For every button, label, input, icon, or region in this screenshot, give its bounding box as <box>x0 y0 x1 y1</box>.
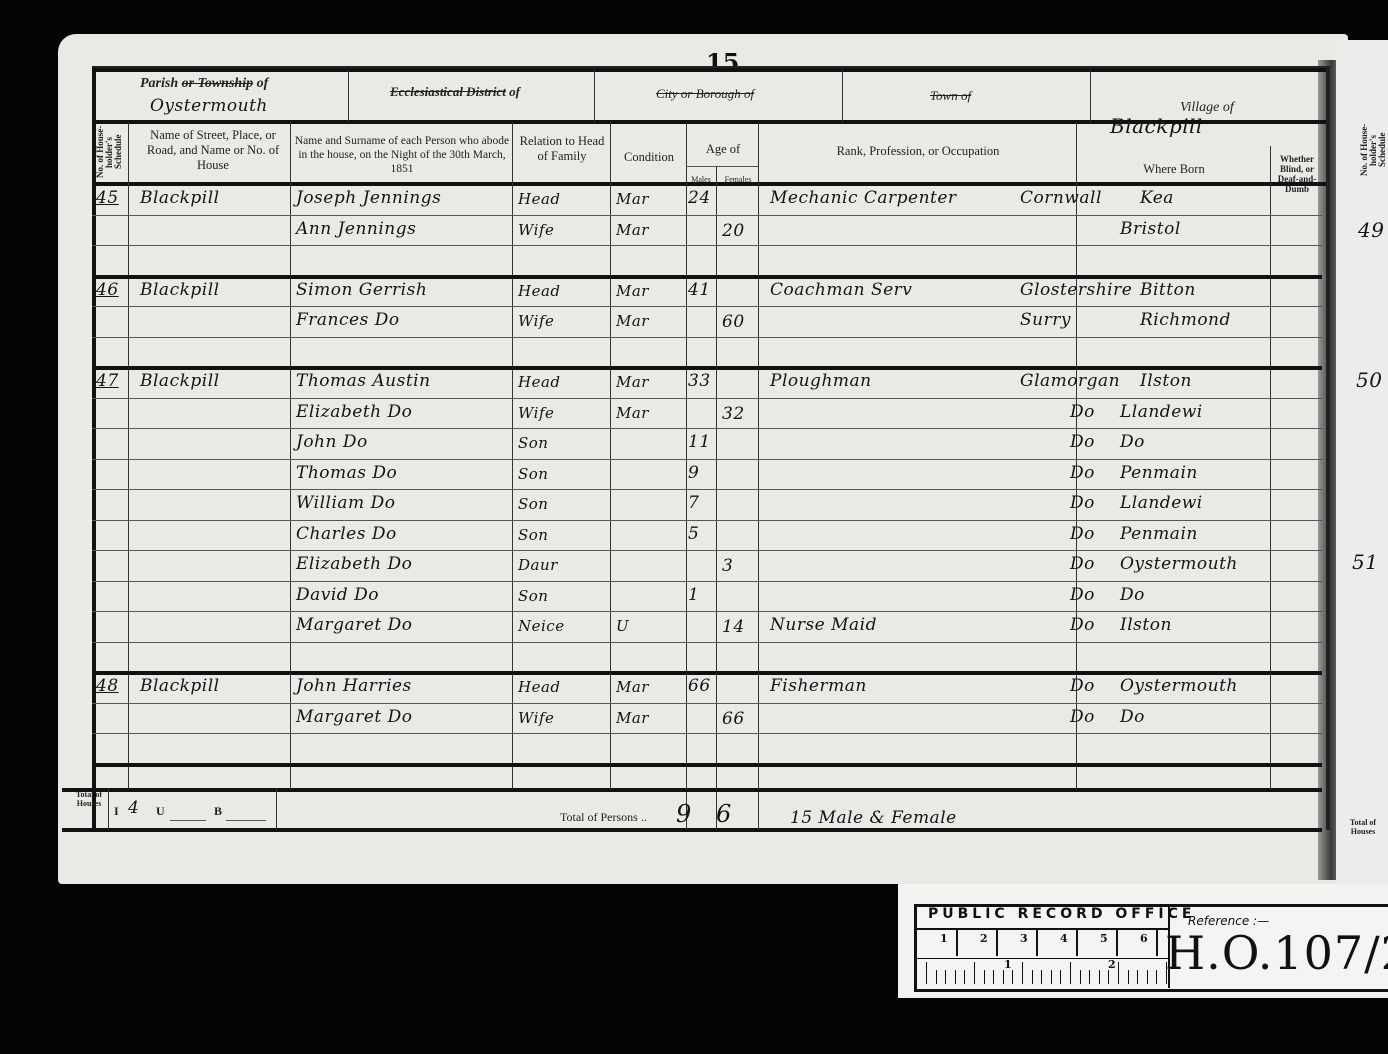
row-line <box>92 337 1322 338</box>
born-county: Glostershire <box>1020 280 1132 300</box>
total-houses-label: Total of Houses <box>72 790 106 826</box>
male-age: 33 <box>688 371 711 391</box>
female-age: 60 <box>722 312 745 332</box>
occupation: Nurse Maid <box>770 615 877 635</box>
person-condition: Mar <box>616 404 649 422</box>
occupation: Ploughman <box>770 371 872 391</box>
person-condition: Mar <box>616 221 649 239</box>
col-females-header: Females <box>718 172 758 187</box>
row-line <box>92 520 1322 521</box>
person-name: Elizabeth Do <box>296 554 412 574</box>
person-relation: Son <box>518 587 548 605</box>
person-relation: Son <box>518 495 548 513</box>
ecclesiastical-label: Ecclesiastical District of <box>390 84 520 99</box>
schedule-number: 47 <box>96 371 119 391</box>
person-relation: Son <box>518 526 548 544</box>
next-schedule-50: 50 <box>1356 368 1382 392</box>
row-line <box>92 459 1322 460</box>
col-relation-header: Relation to Head of Family <box>514 134 610 164</box>
person-relation: Wife <box>518 221 554 239</box>
row-line <box>92 245 1322 246</box>
born-county: Do <box>1070 585 1095 605</box>
person-name: Ann Jennings <box>296 219 416 239</box>
ruler-mark: 1 <box>940 932 948 945</box>
person-name: Margaret Do <box>296 707 412 727</box>
born-place: Do <box>1120 707 1145 727</box>
person-relation: Wife <box>518 312 554 330</box>
ruler-mark: 1 <box>1004 958 1012 971</box>
total-males: 9 <box>676 800 692 828</box>
row-line <box>92 611 1322 612</box>
born-place: Penmain <box>1120 463 1198 483</box>
household-divider <box>92 763 1322 767</box>
person-relation: Head <box>518 282 561 300</box>
occupation: Coachman Serv <box>770 280 912 300</box>
row-line <box>92 642 1322 643</box>
female-age: 66 <box>722 709 745 729</box>
row-line <box>92 489 1322 490</box>
inhabited-value: 4 <box>128 798 139 818</box>
ruler-mark: 4 <box>1060 932 1068 945</box>
female-age: 3 <box>722 556 733 576</box>
born-place: Kea <box>1140 188 1174 208</box>
city-label: City or Borough of <box>656 86 754 101</box>
female-age: 32 <box>722 404 745 424</box>
born-place: Ilston <box>1140 371 1192 391</box>
born-county: Do <box>1070 493 1095 513</box>
person-name: Margaret Do <box>296 615 412 635</box>
born-place: Do <box>1120 585 1145 605</box>
next-totals-label: Total of Houses <box>1346 818 1380 852</box>
village-label: Village of <box>1180 100 1234 115</box>
born-place: Bristol <box>1120 219 1181 239</box>
row-line <box>92 581 1322 582</box>
ruler-mark: 3 <box>1020 932 1028 945</box>
person-relation: Head <box>518 373 561 391</box>
col-schedule-header: No. of House-holder's Schedule <box>96 124 126 180</box>
col-occupation-header: Rank, Profession, or Occupation <box>760 144 1076 159</box>
stamp-title: PUBLIC RECORD OFFICE <box>928 906 1195 922</box>
male-age: 66 <box>688 676 711 696</box>
male-age: 41 <box>688 280 711 300</box>
next-schedule-51: 51 <box>1352 550 1378 574</box>
household-divider <box>92 366 1322 370</box>
born-county: Do <box>1070 676 1095 696</box>
born-place: Ilston <box>1120 615 1172 635</box>
person-name: Thomas Do <box>296 463 397 483</box>
born-place: Oystermouth <box>1120 676 1238 696</box>
person-name: Thomas Austin <box>296 371 431 391</box>
schedule-number: 48 <box>96 676 119 696</box>
person-relation: Neice <box>518 617 565 635</box>
person-relation: Daur <box>518 556 558 574</box>
col-blind-header: Whether Blind, or Deaf-and-Dumb <box>1272 154 1322 194</box>
male-age: 24 <box>688 188 711 208</box>
household-divider <box>92 671 1322 675</box>
female-age: 20 <box>722 221 745 241</box>
person-name: David Do <box>296 585 379 605</box>
person-relation: Son <box>518 465 548 483</box>
row-line <box>92 733 1322 734</box>
born-county: Do <box>1070 463 1095 483</box>
female-age: 14 <box>722 617 745 637</box>
person-condition: U <box>616 617 629 635</box>
person-condition: Mar <box>616 709 649 727</box>
person-condition: Mar <box>616 312 649 330</box>
born-place: Llandewi <box>1120 493 1203 513</box>
person-name: Frances Do <box>296 310 400 330</box>
born-place: Bitton <box>1140 280 1196 300</box>
person-condition: Mar <box>616 190 649 208</box>
born-county: Do <box>1070 524 1095 544</box>
street-name: Blackpill <box>140 676 220 696</box>
person-relation: Wife <box>518 404 554 422</box>
born-place: Oystermouth <box>1120 554 1238 574</box>
street-name: Blackpill <box>140 188 220 208</box>
totals-note: 15 Male & Female <box>790 808 957 828</box>
col-born-header: Where Born <box>1078 162 1270 177</box>
row-line <box>92 428 1322 429</box>
town-label: Town of <box>930 88 971 103</box>
inhabited-prefix: I <box>114 804 119 819</box>
schedule-number: 46 <box>96 280 119 300</box>
born-county: Glamorgan <box>1020 371 1120 391</box>
person-condition: Mar <box>616 373 649 391</box>
col-condition-header: Condition <box>612 150 686 165</box>
occupation: Mechanic Carpenter <box>770 188 957 208</box>
person-name: Elizabeth Do <box>296 402 412 422</box>
building-prefix: B <box>214 804 222 819</box>
street-name: Blackpill <box>140 371 220 391</box>
born-county: Do <box>1070 554 1095 574</box>
born-place: Llandewi <box>1120 402 1203 422</box>
ruler-mark: 6 <box>1140 932 1148 945</box>
household-divider <box>92 275 1322 279</box>
person-relation: Wife <box>518 709 554 727</box>
male-age: 5 <box>688 524 699 544</box>
col-males-header: Males <box>686 172 716 187</box>
village-value: Blackpill <box>1110 114 1203 138</box>
parish-value: Oystermouth <box>150 96 268 116</box>
born-county: Do <box>1070 402 1095 422</box>
street-name: Blackpill <box>140 280 220 300</box>
person-name: Charles Do <box>296 524 397 544</box>
col-age-header: Age of <box>688 142 758 157</box>
row-line <box>92 550 1322 551</box>
next-schedule-49: 49 <box>1358 218 1384 242</box>
col-street-header: Name of Street, Place, or Road, and Name… <box>134 128 292 173</box>
male-age: 1 <box>688 585 699 605</box>
person-name: John Harries <box>296 676 412 696</box>
born-place: Richmond <box>1140 310 1231 330</box>
row-line <box>92 398 1322 399</box>
person-relation: Son <box>518 434 548 452</box>
total-females: 6 <box>716 800 732 828</box>
uninhabited-prefix: U <box>156 804 165 819</box>
born-county: Surry <box>1020 310 1071 330</box>
person-relation: Head <box>518 678 561 696</box>
person-condition: Mar <box>616 678 649 696</box>
born-county: Cornwall <box>1020 188 1102 208</box>
person-name: William Do <box>296 493 395 513</box>
person-condition: Mar <box>616 282 649 300</box>
born-place: Do <box>1120 432 1145 452</box>
person-name: Joseph Jennings <box>296 188 441 208</box>
row-line <box>92 306 1322 307</box>
male-age: 9 <box>688 463 699 483</box>
person-name: Simon Gerrish <box>296 280 427 300</box>
person-relation: Head <box>518 190 561 208</box>
person-name: John Do <box>296 432 368 452</box>
total-persons-label: Total of Persons .. <box>560 810 647 825</box>
parish-label: Parish or Township of <box>140 76 268 91</box>
born-county: Do <box>1070 707 1095 727</box>
row-line <box>92 215 1322 216</box>
schedule-number: 45 <box>96 188 119 208</box>
ruler-mark: 2 <box>980 932 988 945</box>
ruler-mark: 5 <box>1100 932 1108 945</box>
born-place: Penmain <box>1120 524 1198 544</box>
reference-value: H.O.107/24 <box>1165 928 1388 978</box>
male-age: 11 <box>688 432 711 452</box>
col-name-header: Name and Surname of each Person who abod… <box>294 134 510 176</box>
born-county: Do <box>1070 615 1095 635</box>
next-schedule-header: No. of House-holder's Schedule <box>1360 122 1384 178</box>
born-county: Do <box>1070 432 1095 452</box>
row-line <box>92 703 1322 704</box>
male-age: 7 <box>688 493 699 513</box>
occupation: Fisherman <box>770 676 867 696</box>
